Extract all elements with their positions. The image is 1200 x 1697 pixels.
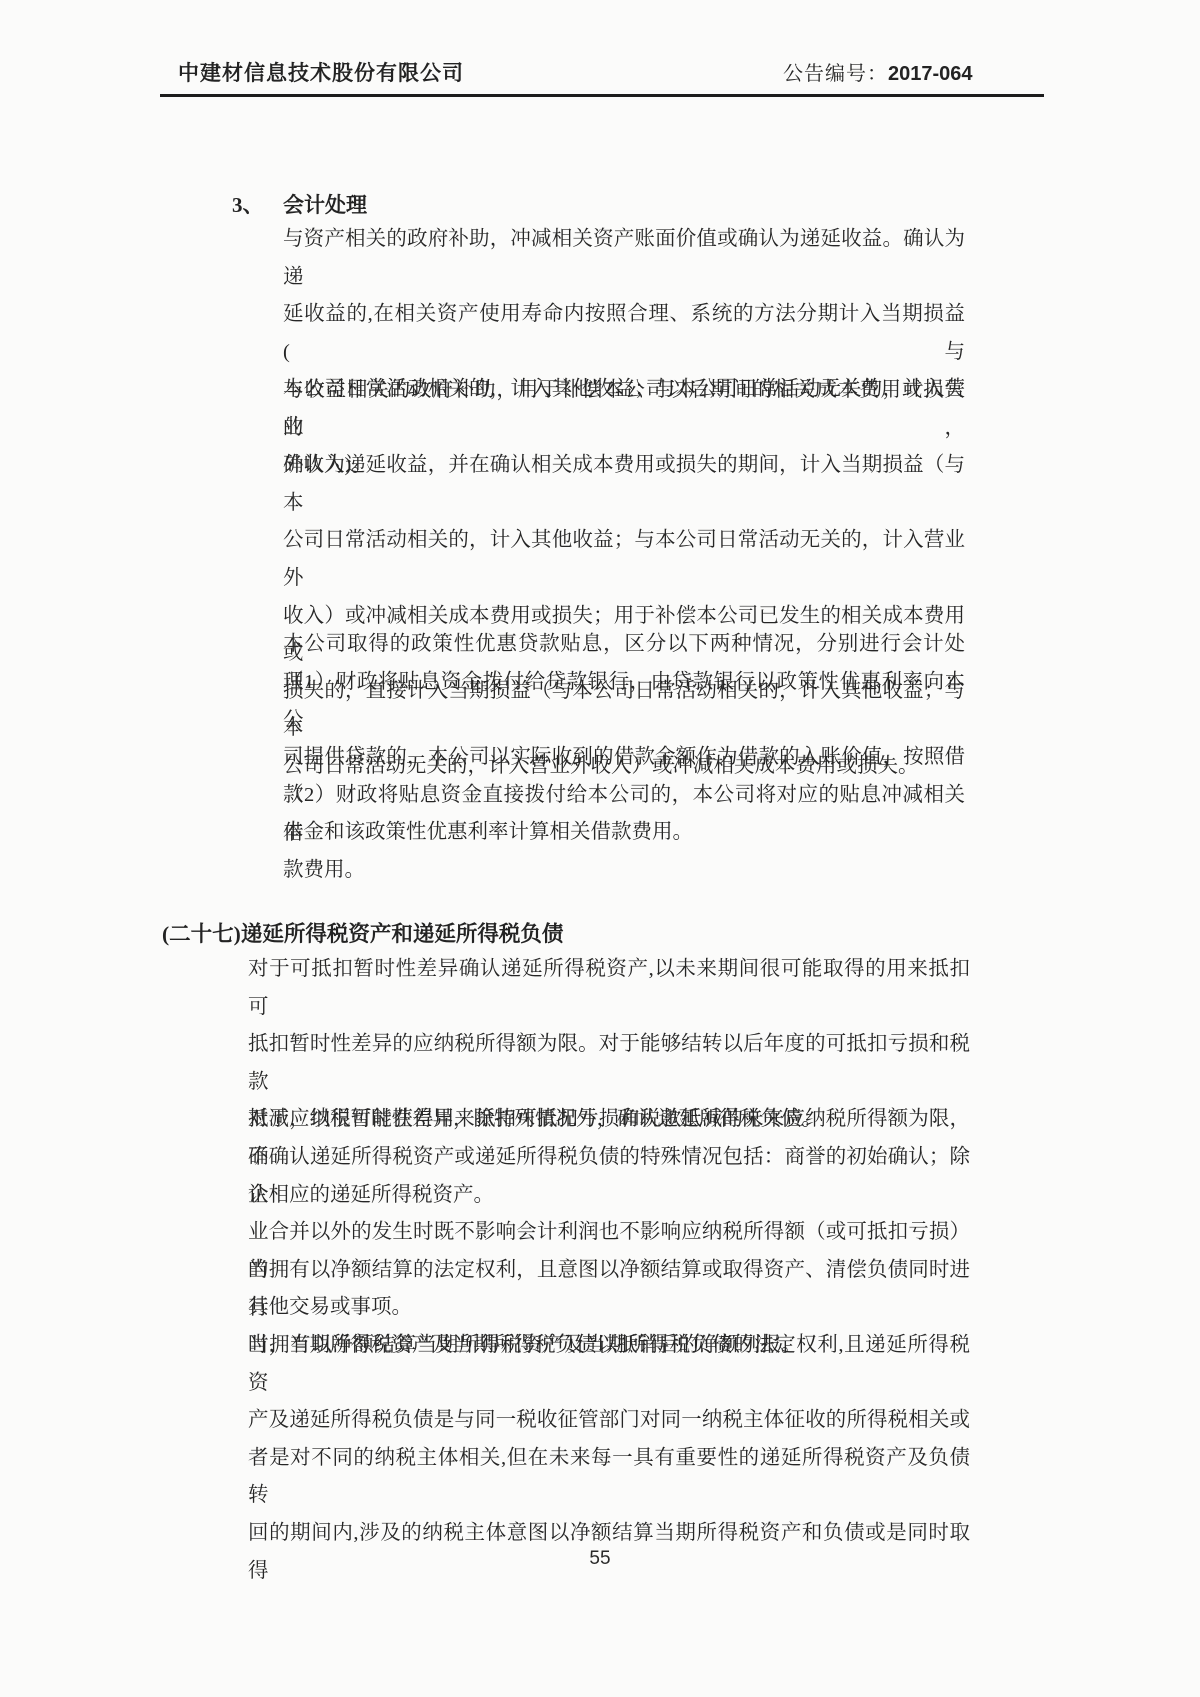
notice-label: 公告编号： — [783, 63, 888, 85]
notice-number: 2017-064 — [888, 63, 973, 85]
paragraph-line: 当拥有以净额结算当期所得税资产及当期所得税负债的法定权利,且递延所得税资 — [248, 1327, 970, 1402]
paragraph-line: 者是对不同的纳税主体相关,但在未来每一具有重要性的递延所得税资产及负债转 — [248, 1440, 970, 1515]
paragraph-line: 抵扣暂时性差异的应纳税所得额为限。对于能够结转以后年度的可抵扣亏损和税款 — [248, 1026, 970, 1101]
paragraph-line: （2）财政将贴息资金直接拨付给本公司的，本公司将对应的贴息冲减相关借 — [283, 777, 965, 852]
paragraph-line: 产及递延所得税负债是与同一税收征管部门对同一纳税主体征收的所得税相关或 — [248, 1402, 970, 1440]
paragraph-line: 对于应纳税暂时性差异，除特殊情况外，确认递延所得税负债。 — [248, 1101, 970, 1139]
document-page: 中建材信息技术股份有限公司 公告编号：2017-064 3、 会计处理 与资产相… — [0, 0, 1200, 1697]
paragraph-line: 当拥有以净额结算的法定权利，且意图以净额结算或取得资产、清偿负债同时进行 — [248, 1252, 970, 1327]
section3-title: 会计处理 — [283, 186, 367, 224]
section3-number: 3、 — [232, 186, 283, 224]
section3-heading: 3、 会计处理 — [232, 186, 367, 224]
header-company-name: 中建材信息技术股份有限公司 — [178, 57, 464, 87]
paragraph-line: 不确认递延所得税资产或递延所得税负债的特殊情况包括：商誉的初始确认；除企 — [248, 1139, 970, 1214]
paragraph: 对于应纳税暂时性差异，除特殊情况外，确认递延所得税负债。 — [248, 1101, 970, 1139]
page-number: 55 — [0, 1548, 1200, 1570]
paragraph-line: 对于可抵扣暂时性差异确认递延所得税资产,以未来期间很可能取得的用来抵扣可 — [248, 951, 970, 1026]
paragraph-line: 与资产相关的政府补助，冲减相关资产账面价值或确认为递延收益。确认为递 — [283, 221, 965, 296]
header-rule — [160, 94, 1044, 97]
section27-heading: (二十七)递延所得税资产和递延所得税负债 — [162, 915, 563, 953]
header-notice: 公告编号：2017-064 — [783, 57, 973, 86]
paragraph-line: 确认为递延收益，并在确认相关成本费用或损失的期间，计入当期损益（与本 — [283, 447, 965, 522]
paragraph-line: 与收益相关的政府补助，用于补偿本公司以后期间的相关成本费用或损失的， — [283, 372, 965, 447]
paragraph-line: 延收益的,在相关资产使用寿命内按照合理、系统的方法分期计入当期损益(与 — [283, 296, 965, 371]
paragraph: （2）财政将贴息资金直接拨付给本公司的，本公司将对应的贴息冲减相关借 款费用。 — [283, 777, 965, 890]
paragraph-line: （1）财政将贴息资金拨付给贷款银行，由贷款银行以政策性优惠利率向本公 — [283, 664, 965, 739]
paragraph-line: 公司日常活动相关的，计入其他收益；与本公司日常活动无关的，计入营业外 — [283, 522, 965, 597]
paragraph-line: 款费用。 — [283, 852, 965, 890]
